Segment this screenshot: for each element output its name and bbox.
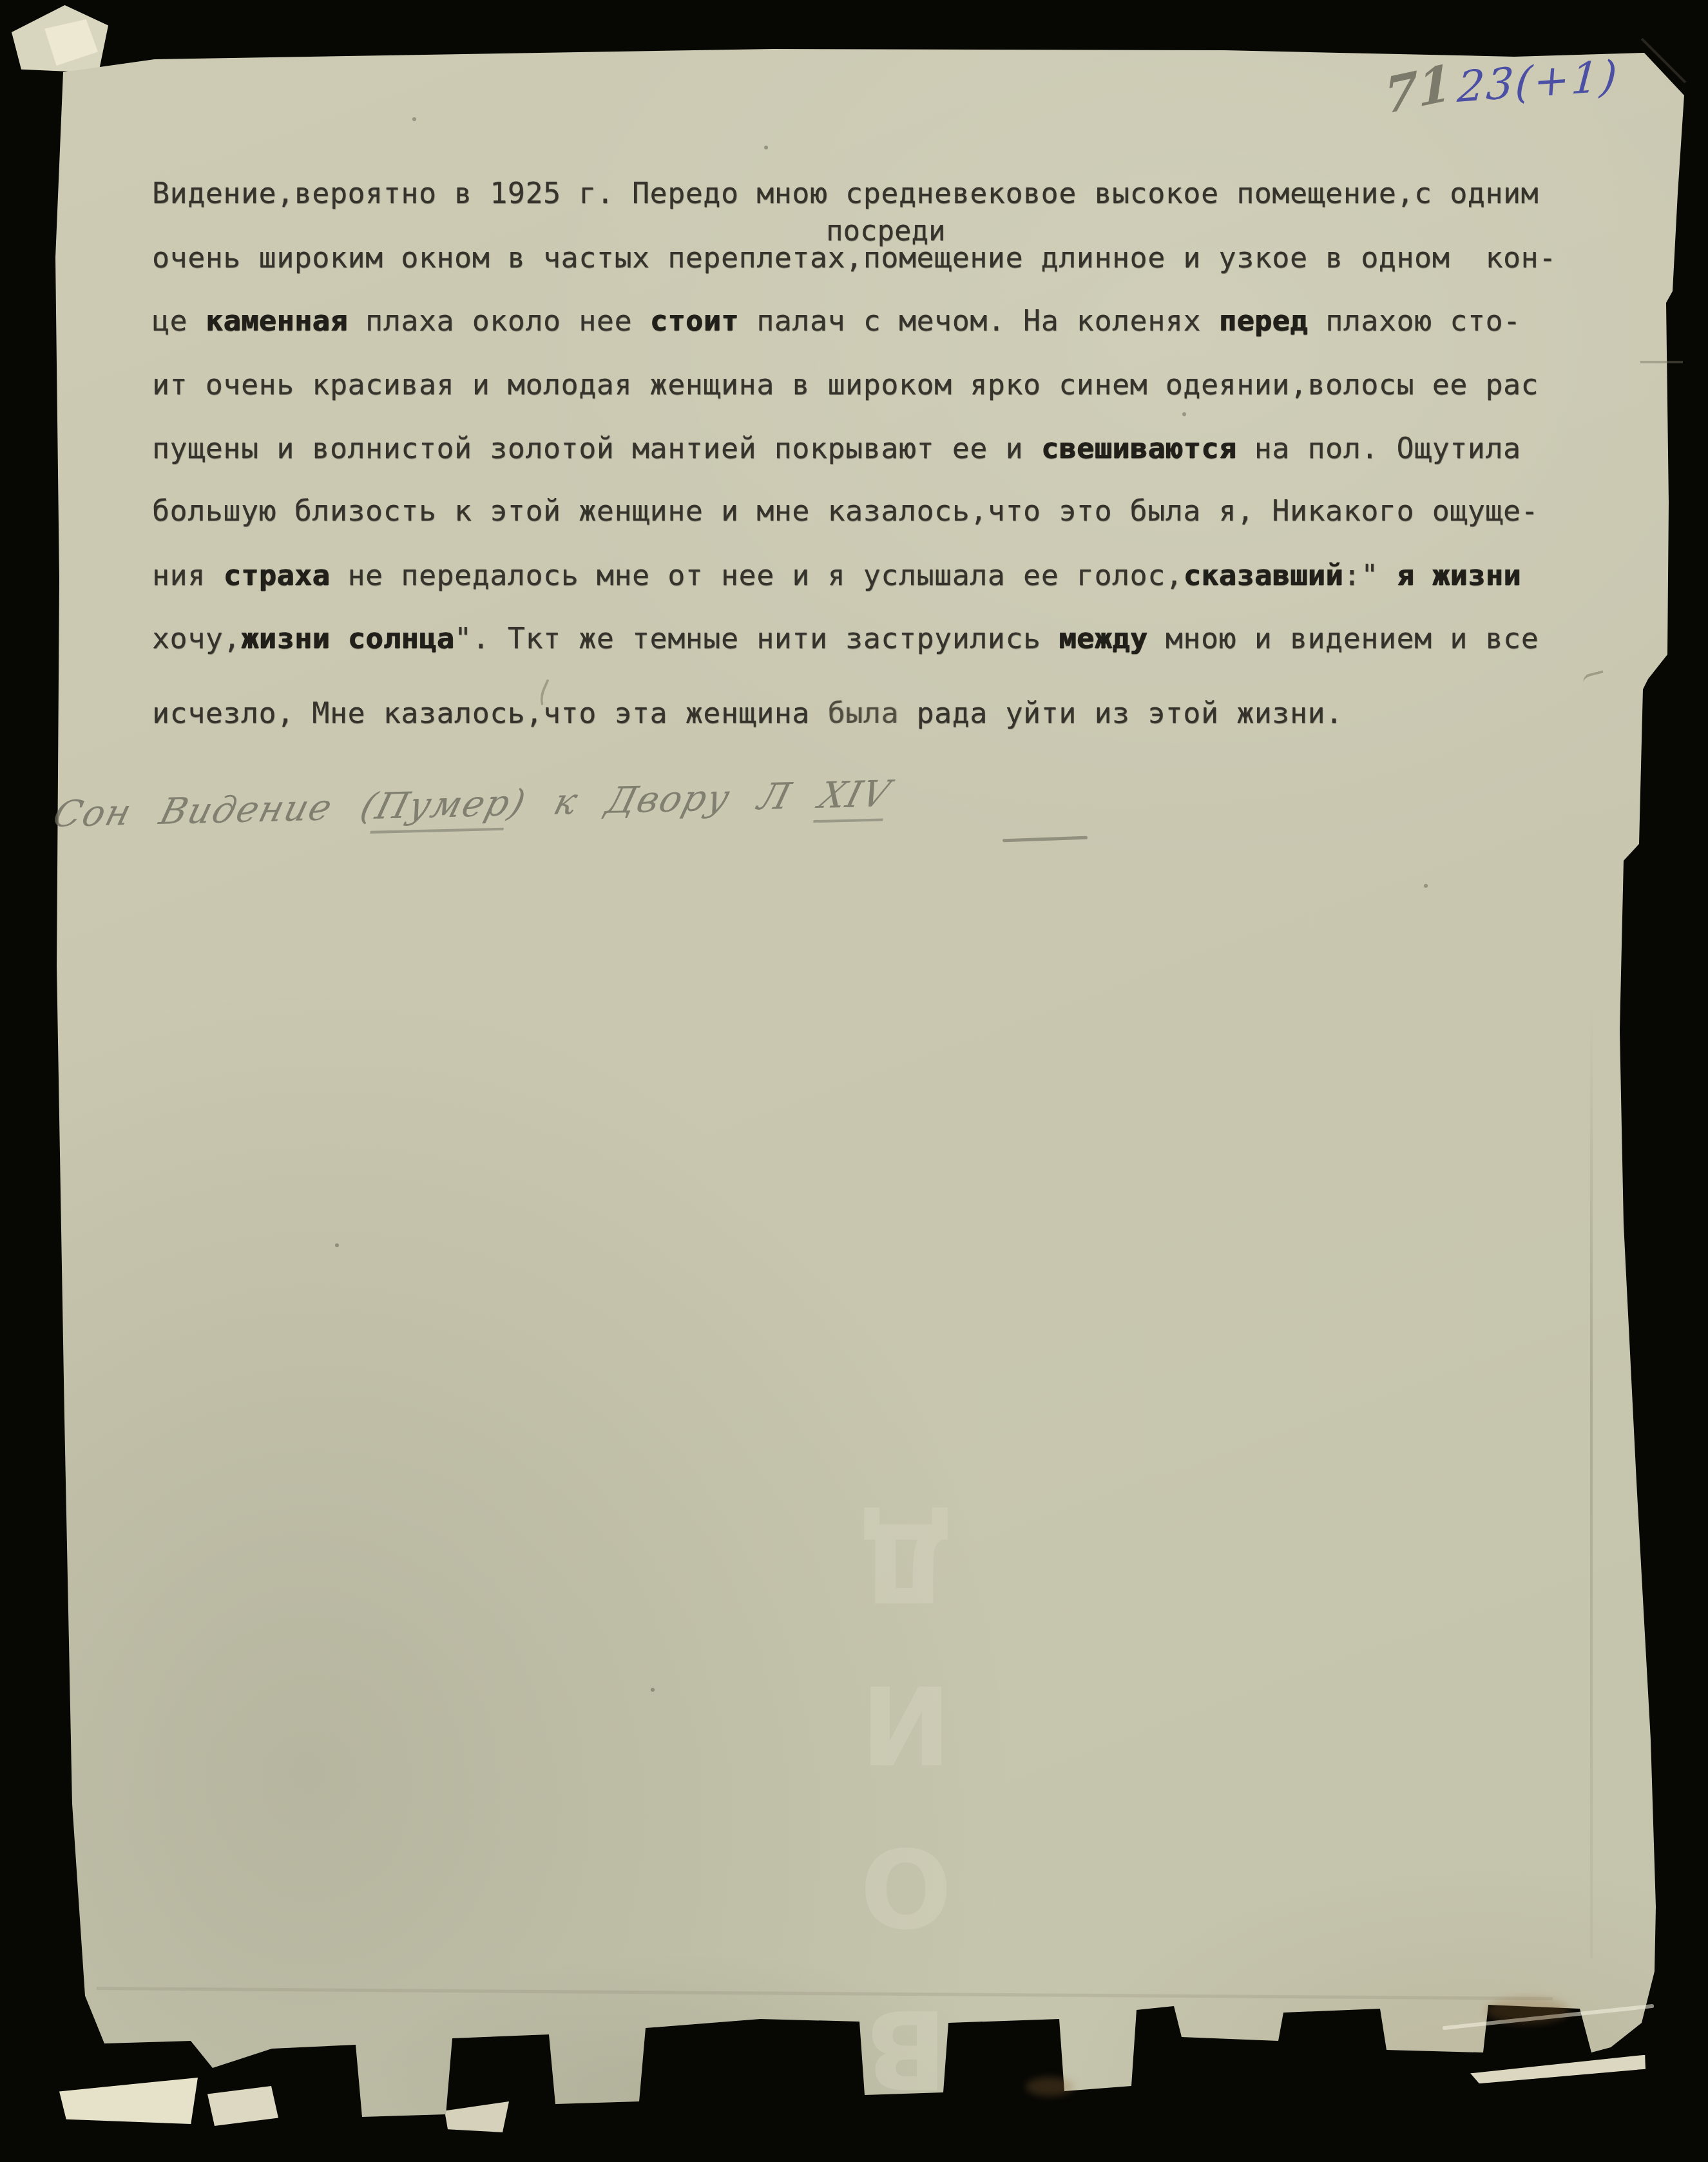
typed-text: пущены и волнистой золотой мантией покры… <box>152 431 1041 465</box>
typed-text: ит очень красивая и молодая женщина в ши… <box>152 367 1539 401</box>
typed-line: ния страха не передалось мне от нее и я … <box>152 558 1521 592</box>
speck <box>412 117 416 121</box>
paper-scrap <box>207 2086 278 2126</box>
overtyped-word: сказавший <box>1183 558 1343 592</box>
typed-line: очень широким окном в частых переплетах,… <box>152 240 1557 274</box>
overtyped-word: стоит <box>650 303 739 338</box>
typed-line: ит очень красивая и молодая женщина в ши… <box>152 367 1539 401</box>
typed-text: Видение,вероятно в 1925 г. Передо мною с… <box>152 176 1539 210</box>
typed-line: исчезло, Мне казалось,что эта женщина бы… <box>152 696 1343 730</box>
typed-text: не передалось мне от нее и я услышала ее… <box>330 558 1183 592</box>
overtyped-word: я жизни <box>1397 558 1521 592</box>
overtyped-word: жизни солнца <box>241 621 454 655</box>
paper-scrap <box>1470 2055 1646 2084</box>
smudged-word: была <box>828 696 899 730</box>
typed-text: :" <box>1343 558 1397 592</box>
typed-text: исчезло, Мне казалось,что эта женщина <box>152 696 828 730</box>
typed-text: очень широким окном в частых переплетах,… <box>152 240 1557 274</box>
typed-text: ". Ткт же темные нити заструились <box>454 621 1059 655</box>
typed-text: на пол. Ощутила <box>1236 431 1521 465</box>
speck <box>764 146 768 149</box>
paper-scrap <box>445 2101 509 2132</box>
typed-line: пущены и волнистой золотой мантией покры… <box>152 431 1521 465</box>
overtyped-word: между <box>1059 621 1147 655</box>
note-roman-numeral: XIV <box>813 773 896 823</box>
typed-text: ния <box>152 558 223 592</box>
crease-mark <box>1590 1005 1593 1958</box>
stain <box>1486 1997 1569 2024</box>
paper-scrap <box>59 2078 198 2124</box>
typed-text: плахою сто- <box>1308 303 1521 338</box>
typed-line: большую близость к этой женщине и мне ка… <box>152 493 1539 528</box>
typed-text: це <box>152 303 206 338</box>
overtyped-word: каменная <box>206 303 348 338</box>
typed-line: Видение,вероятно в 1925 г. Передо мною с… <box>152 176 1539 210</box>
speck <box>335 1243 339 1247</box>
overtyped-word: свешиваются <box>1041 431 1237 465</box>
typed-line: це каменная плаха около нее стоит палач … <box>152 303 1521 338</box>
stain <box>1026 2077 1073 2096</box>
note-text: ) к Двору Л <box>504 775 825 825</box>
typed-text: рада уйти из этой жизни. <box>899 696 1343 730</box>
typed-text: плаха около нее <box>348 303 650 338</box>
typed-text: хочу, <box>152 621 241 655</box>
typed-text: большую близость к этой женщине и мне ка… <box>152 493 1539 528</box>
overtyped-word: страха <box>223 558 330 592</box>
note-underlined-word: Пумер <box>370 782 515 834</box>
typed-line: хочу,жизни солнца". Ткт же темные нити з… <box>152 621 1539 655</box>
note-text: Сон Видение ( <box>49 785 383 836</box>
speck <box>1182 412 1186 416</box>
scan-canvas: ВОИД 71 23(+1) Видение,вероятно в 1925 г… <box>0 0 1708 2162</box>
pencil-tick <box>1640 361 1683 363</box>
typed-text: палач с мечом. На коленях <box>739 303 1219 338</box>
speck <box>651 1688 655 1692</box>
paper-watermark: ВОИД <box>843 1462 969 2112</box>
overtyped-word: перед <box>1219 303 1308 338</box>
speck <box>1424 884 1428 888</box>
typed-text: мною и видением и все <box>1147 621 1539 655</box>
